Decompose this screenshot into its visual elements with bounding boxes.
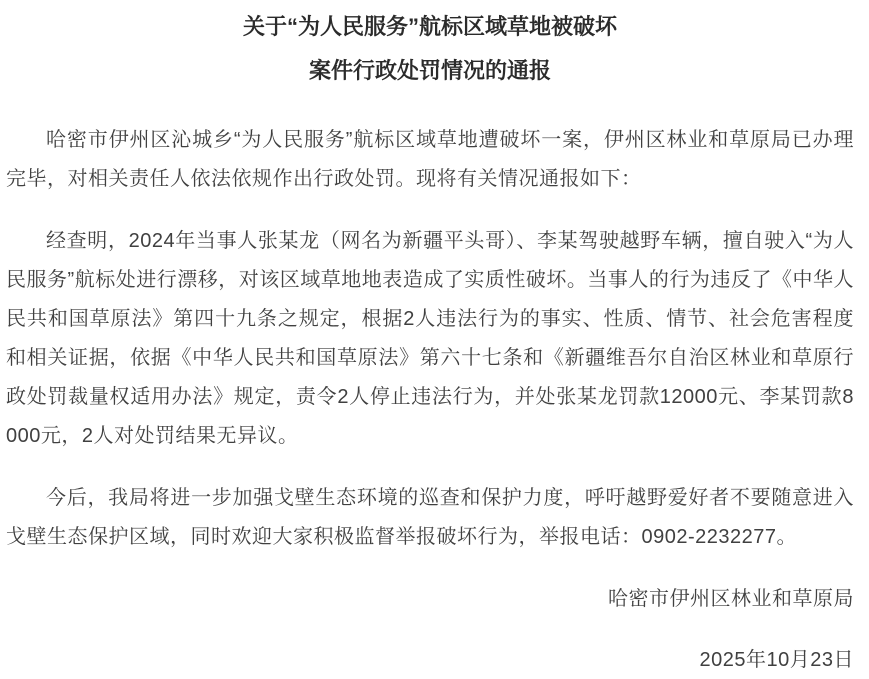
paragraph-findings-and-penalty: 经查明，2024年当事人张某龙（网名为新疆平头哥）、李某驾驶越野车辆，擅自驶入“… [6,222,854,456]
issue-date: 2025年10月23日 [6,641,854,679]
paragraph-case-summary: 哈密市伊州区沁城乡“为人民服务”航标区域草地遭破坏一案，伊州区林业和草原局已办理… [6,121,854,199]
document-title: 关于“为人民服务”航标区域草地被破坏 案件行政处罚情况的通报 [6,5,854,93]
title-line-2: 案件行政处罚情况的通报 [6,49,854,93]
issuing-authority-signature: 哈密市伊州区林业和草原局 [6,580,854,619]
penalty-notice-document: 关于“为人民服务”航标区域草地被破坏 案件行政处罚情况的通报 哈密市伊州区沁城乡… [0,0,869,679]
paragraph-future-measures: 今后，我局将进一步加强戈壁生态环境的巡查和保护力度，呼吁越野爱好者不要随意进入戈… [6,479,854,557]
title-line-1: 关于“为人民服务”航标区域草地被破坏 [6,5,854,49]
